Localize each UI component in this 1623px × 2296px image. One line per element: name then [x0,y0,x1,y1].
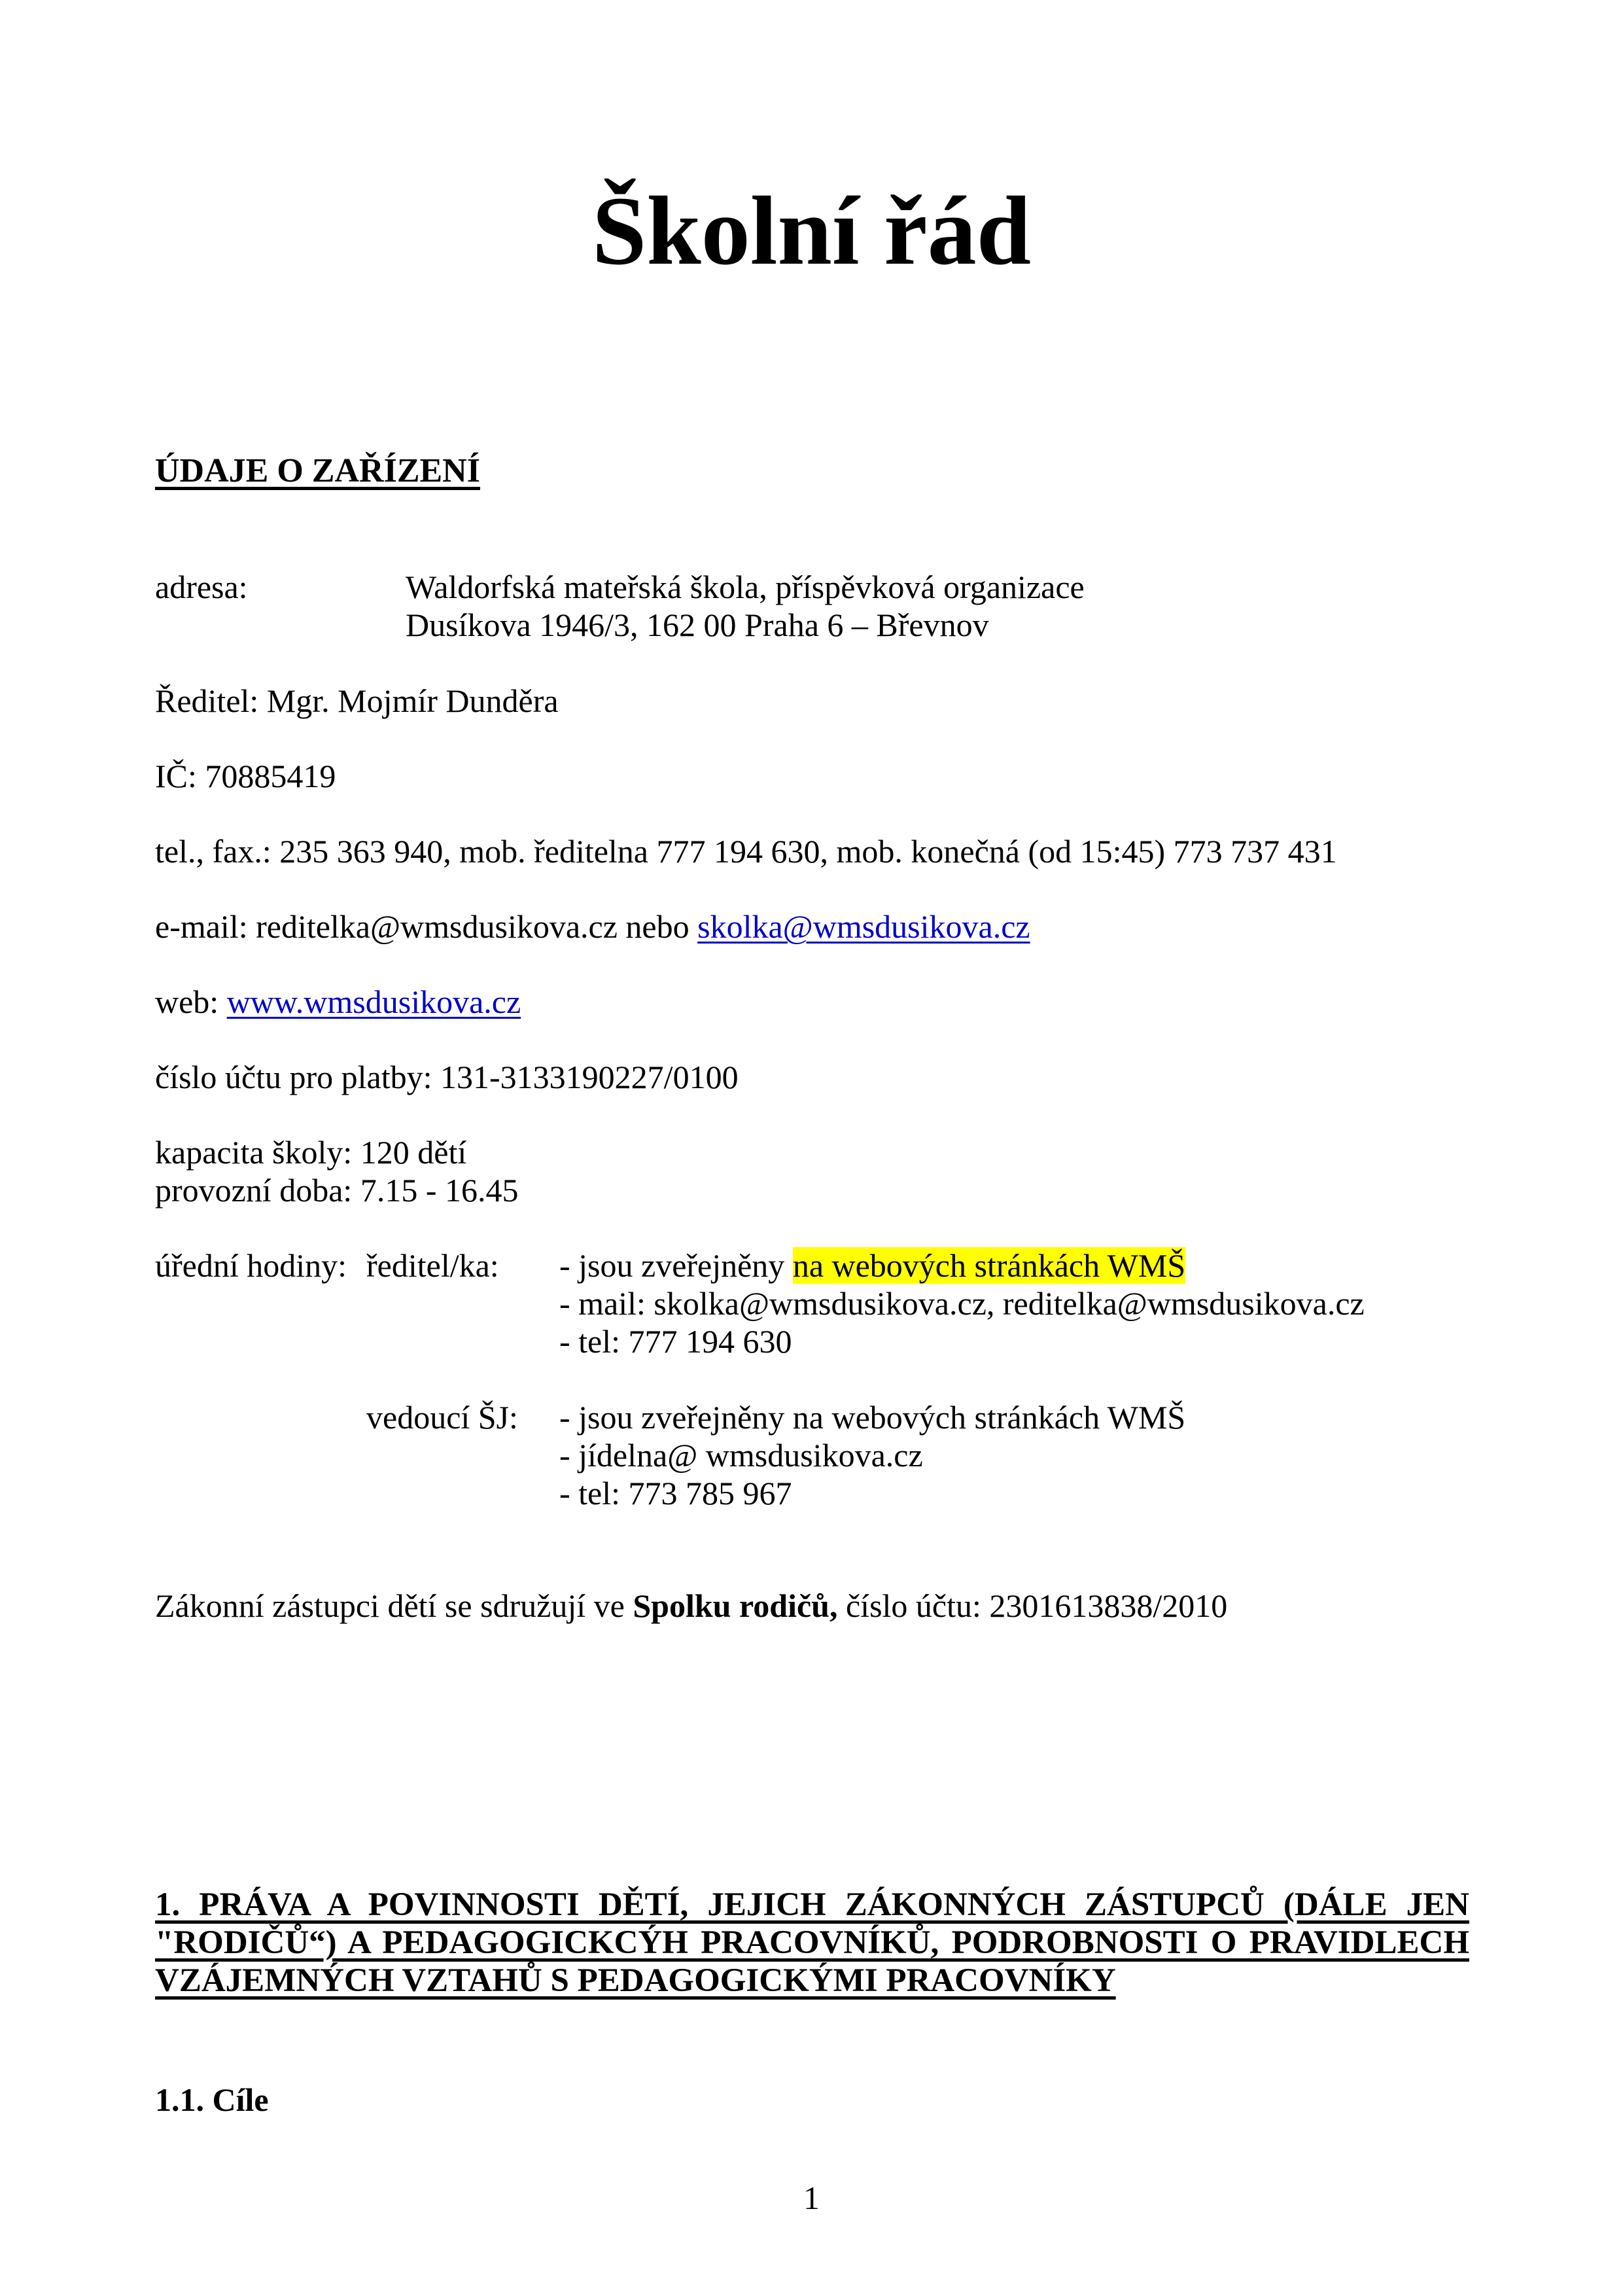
canteen-hours-line-1: - jsou zveřejněny na webových stránkách … [559,1398,1185,1436]
web-line: web: www.wmsdusikova.cz [155,983,521,1021]
director-line: Ředitel: Mgr. Mojmír Dunděra [155,682,559,720]
director-hours-prefix: - jsou zveřejněny [559,1247,793,1284]
account-line: číslo účtu pro platby: 131-3133190227/01… [155,1058,739,1096]
section-1-1-heading: 1.1. Cíle [155,2081,269,2119]
email-line: e-mail: reditelka@wmsdusikova.cz nebo sk… [155,908,1030,945]
office-hours-label: úřední hodiny: [155,1246,347,1284]
address-line-2: Dusíkova 1946/3, 162 00 Praha 6 – Břevno… [406,606,989,644]
parents-line: Zákonní zástupci dětí se sdružují ve Spo… [155,1587,1227,1625]
document-title: Školní řád [0,175,1623,287]
address-line-1: Waldorfská mateřská škola, příspěvková o… [406,568,1085,606]
director-hours-line-2: - mail: skolka@wmsdusikova.cz, reditelka… [559,1284,1365,1322]
canteen-hours-label: vedoucí ŠJ: [366,1398,518,1436]
web-link[interactable]: www.wmsdusikova.cz [227,983,521,1020]
email-link[interactable]: skolka@wmsdusikova.cz [697,908,1030,945]
web-prefix: web: [155,983,227,1020]
director-hours-line-1: - jsou zveřejněny na webových stránkách … [559,1246,1185,1284]
address-label: adresa: [155,568,248,606]
parents-suffix: číslo účtu: 2301613838/2010 [837,1587,1227,1624]
canteen-hours-line-3: - tel: 773 785 967 [559,1474,792,1512]
ic-line: IČ: 70885419 [155,757,336,795]
phones-line: tel., fax.: 235 363 940, mob. ředitelna … [155,832,1337,870]
hours-line: provozní doba: 7.15 - 16.45 [155,1171,518,1209]
director-hours-label: ředitel/ka: [366,1246,499,1284]
facility-heading: ÚDAJE O ZAŘÍZENÍ [155,451,480,490]
canteen-hours-line-2: - jídelna@ wmsdusikova.cz [559,1436,923,1474]
email-prefix: e-mail: reditelka@wmsdusikova.cz nebo [155,908,697,945]
director-hours-line-3: - tel: 777 194 630 [559,1322,792,1360]
parents-association: Spolku rodičů, [633,1587,837,1624]
page-number: 1 [0,2179,1623,2217]
section-1-heading: 1. PRÁVA A POVINNOSTI DĚTÍ, JEJICH ZÁKON… [155,1886,1469,2000]
parents-prefix: Zákonní zástupci dětí se sdružují ve [155,1587,633,1624]
capacity-line: kapacita školy: 120 dětí [155,1133,466,1171]
highlighted-text: na webových stránkách WMŠ [793,1247,1185,1284]
